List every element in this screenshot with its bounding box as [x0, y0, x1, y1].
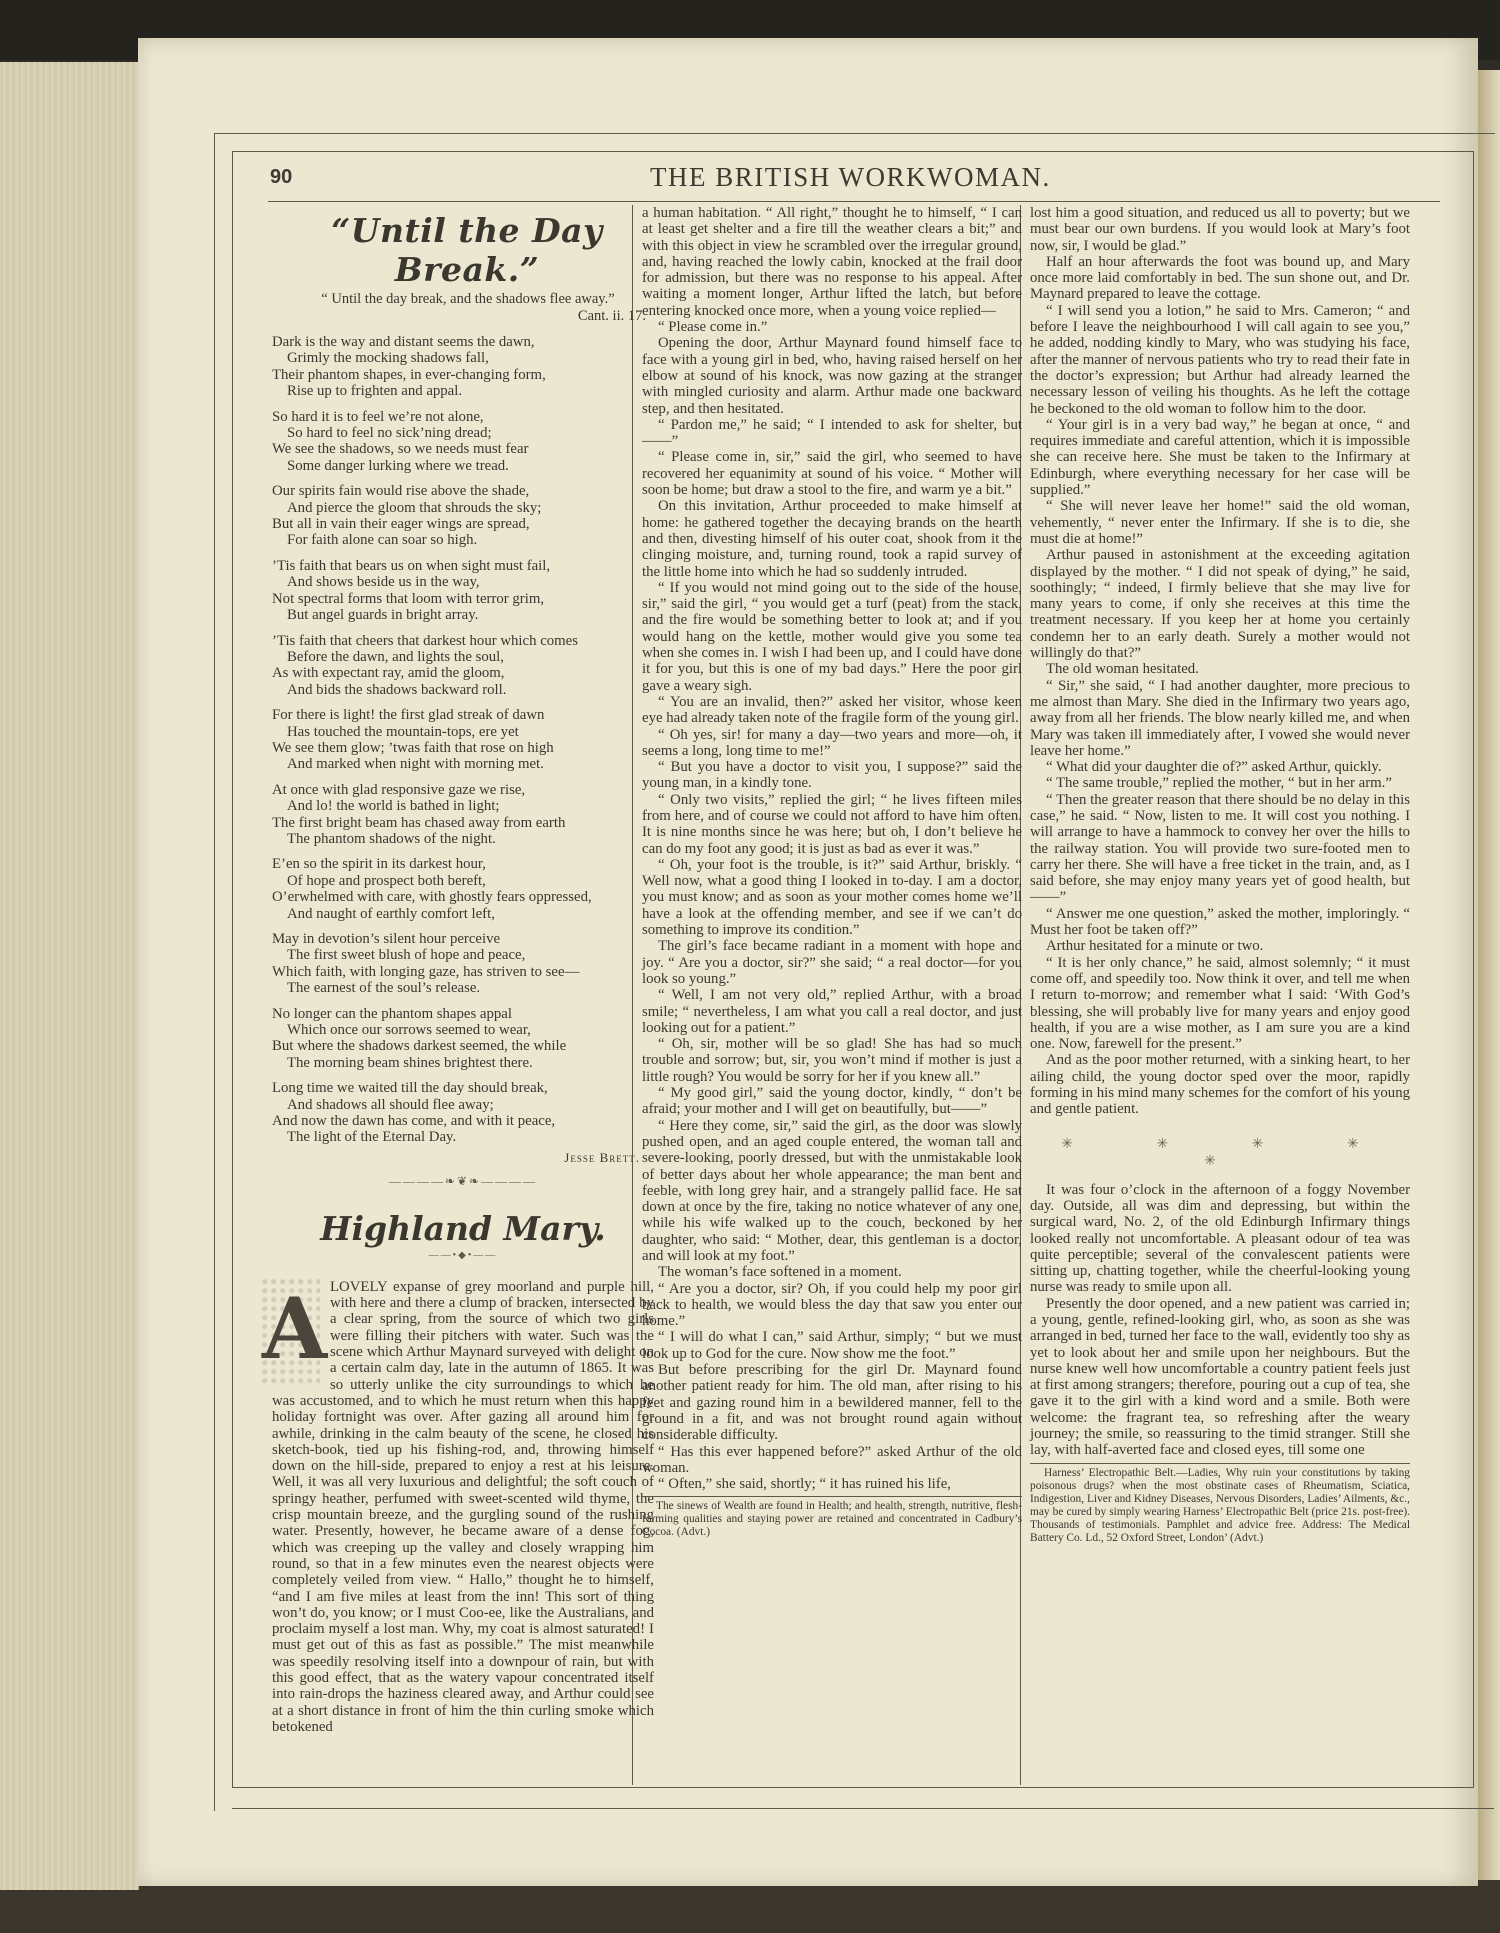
poem-line: So hard to feel no sick’ning dread; [272, 425, 654, 441]
running-title: THE BRITISH WORKWOMAN. [650, 162, 1051, 193]
poem-line: The light of the Eternal Day. [272, 1129, 654, 1145]
poem-line: May in devotion’s silent hour perceive [272, 931, 654, 947]
story-paragraph: “ She will never leave her home!” said t… [1030, 498, 1410, 547]
poem-line: No longer can the phantom shapes appal [272, 1006, 654, 1022]
poem-stanza: E’en so the spirit in its darkest hour,O… [272, 856, 654, 922]
poem-line: We see them glow; ’twas faith that rose … [272, 740, 654, 756]
poem-line: O’erwhelmed with care, with ghostly fear… [272, 889, 654, 905]
poem-stanza: So hard it is to feel we’re not alone,So… [272, 409, 654, 475]
page-number: 90 [270, 166, 292, 189]
poem-line: And now the dawn has come, and with it p… [272, 1113, 654, 1129]
poem-epigraph-reference: Cant. ii. 17. [272, 308, 646, 325]
poem-line: Dark is the way and distant seems the da… [272, 334, 654, 350]
poem-line: The earnest of the soul’s release. [272, 980, 654, 996]
story-paragraph: “ Here they come, sir,” said the girl, a… [642, 1118, 1022, 1265]
story-paragraph: “ Well, I am not very old,” replied Arth… [642, 987, 1022, 1036]
story-paragraph: Opening the door, Arthur Maynard found h… [642, 335, 1022, 416]
page-header: 90 THE BRITISH WORKWOMAN. [232, 160, 1482, 200]
story-paragraph: “ Are you a doctor, sir? Oh, if you coul… [642, 1281, 1022, 1330]
story-paragraph: “ What did your daughter die of?” asked … [1030, 759, 1410, 775]
poem-stanza: Long time we waited till the day should … [272, 1080, 654, 1146]
poem-line: At once with glad responsive gaze we ris… [272, 782, 654, 798]
story-paragraph: “ Oh, your foot is the trouble, is it?” … [642, 857, 1022, 938]
story-continued-right: lost him a good situation, and reduced u… [1030, 205, 1410, 1118]
poem-line: And naught of earthly comfort left, [272, 906, 654, 922]
story-paragraph: Half an hour afterwards the foot was bou… [1030, 254, 1410, 303]
poem-line: Of hope and prospect both bereft, [272, 873, 654, 889]
story-paragraph: Presently the door opened, and a new pat… [1030, 1296, 1410, 1459]
column-right: lost him a good situation, and reduced u… [1030, 205, 1410, 1545]
poem-line: E’en so the spirit in its darkest hour, [272, 856, 654, 872]
poem-line: And shadows all should flee away; [272, 1097, 654, 1113]
story-paragraph: Arthur hesitated for a minute or two. [1030, 938, 1410, 954]
poem-line: Which once our sorrows seemed to wear, [272, 1022, 654, 1038]
story-paragraph: “ Pardon me,” he said; “ I intended to a… [642, 417, 1022, 450]
bottom-border-rule [232, 1808, 1494, 1809]
poem-line: Long time we waited till the day should … [272, 1080, 654, 1096]
story-paragraph: “ I will send you a lotion,” he said to … [1030, 303, 1410, 417]
story-paragraph: “ Only two visits,” replied the girl; “ … [642, 792, 1022, 857]
story-paragraph: “ Answer me one question,” asked the mot… [1030, 906, 1410, 939]
story-paragraph: “ It is her only chance,” he said, almos… [1030, 955, 1410, 1053]
poem-stanza: May in devotion’s silent hour perceiveTh… [272, 931, 654, 997]
story-paragraph: “ Often,” she said, shortly; “ it has ru… [642, 1476, 1022, 1492]
story-paragraph: “ My good girl,” said the young doctor, … [642, 1085, 1022, 1118]
story-continued-after-break: It was four o’clock in the afternoon of … [1030, 1182, 1410, 1459]
poem-line: As with expectant ray, amid the gloom, [272, 665, 654, 681]
advert-rule [1030, 1463, 1410, 1464]
poem-line: Not spectral forms that loom with terror… [272, 591, 654, 607]
story-paragraph: lost him a good situation, and reduced u… [1030, 205, 1410, 254]
poem-line: Rise up to frighten and appal. [272, 383, 654, 399]
story-paragraph: And as the poor mother returned, with a … [1030, 1052, 1410, 1117]
poem-line: For faith alone can soar so high. [272, 532, 654, 548]
column-middle: a human habitation. “ All right,” though… [642, 205, 1022, 1539]
poem-line: Has touched the mountain-tops, ere yet [272, 724, 654, 740]
poem-line: ’Tis faith that bears us on when sight m… [272, 558, 654, 574]
story-paragraph: It was four o’clock in the afternoon of … [1030, 1182, 1410, 1296]
poem-stanza: For there is light! the first glad strea… [272, 707, 654, 773]
poem-stanza: At once with glad responsive gaze we ris… [272, 782, 654, 848]
advert-rule [642, 1496, 1022, 1497]
story-paragraph: But before prescribing for the girl Dr. … [642, 1362, 1022, 1443]
poem-line: And bids the shadows backward roll. [272, 682, 654, 698]
story-paragraph: The girl’s face became radiant in a mome… [642, 938, 1022, 987]
column-left: “Until the Day Break.” “ Until the day b… [272, 205, 654, 1735]
poem-stanza: ’Tis faith that bears us on when sight m… [272, 558, 654, 624]
story-paragraph: “ Please come in, sir,” said the girl, w… [642, 449, 1022, 498]
section-break-asterisks: ✳ ✳ ✳ ✳ ✳ [1050, 1136, 1410, 1170]
poem-line: We see the shadows, so we needs must fea… [272, 441, 654, 457]
story-paragraph: “ Oh yes, sir! for many a day—two years … [642, 727, 1022, 760]
story-paragraph: “ Then the greater reason that there sho… [1030, 792, 1410, 906]
decorated-initial-icon: A [262, 1279, 320, 1385]
poem-stanza: No longer can the phantom shapes appalWh… [272, 1006, 654, 1072]
story-paragraph: The woman’s face softened in a moment. [642, 1264, 1022, 1280]
story-paragraph: “ Sir,” she said, “ I had another daught… [1030, 678, 1410, 759]
poem-line: But all in vain their eager wings are sp… [272, 516, 654, 532]
story-opening: A LOVELY expanse of grey moorland and pu… [272, 1279, 654, 1735]
story-paragraph: Arthur paused in astonishment at the exc… [1030, 547, 1410, 661]
story-paragraph: “ But you have a doctor to visit you, I … [642, 759, 1022, 792]
advert-harness-belt: Harness’ Electropathic Belt.—Ladies, Why… [1030, 1467, 1410, 1545]
poem-line: And shows beside us in the way, [272, 574, 654, 590]
story-title-ornament: ——•◆•—— [272, 1250, 654, 1261]
poem-line: And pierce the gloom that shrouds the sk… [272, 500, 654, 516]
story-paragraph: “ Your girl is in a very bad way,” he be… [1030, 417, 1410, 498]
story-paragraph: “ Has this ever happened before?” asked … [642, 1444, 1022, 1477]
poem-line: Their phantom shapes, in ever-changing f… [272, 367, 654, 383]
header-rule [268, 201, 1440, 202]
story-paragraph: The old woman hesitated. [1030, 661, 1410, 677]
story-paragraph: “ Oh, sir, mother will be so glad! She h… [642, 1036, 1022, 1085]
poem-stanza: ’Tis faith that cheers that darkest hour… [272, 633, 654, 699]
ornament-divider: ————❧❦❧———— [272, 1174, 654, 1189]
poem-line: And lo! the world is bathed in light; [272, 798, 654, 814]
story-paragraph: LOVELY expanse of grey moorland and purp… [272, 1279, 654, 1735]
poem-line: So hard it is to feel we’re not alone, [272, 409, 654, 425]
poem-line: Before the dawn, and lights the soul, [272, 649, 654, 665]
poem-line: Which faith, with longing gaze, has stri… [272, 964, 654, 980]
story-paragraph: “ I will do what I can,” said Arthur, si… [642, 1329, 1022, 1362]
poem-line: And marked when night with morning met. [272, 756, 654, 772]
poem-epigraph: “ Until the day break, and the shadows f… [282, 291, 654, 308]
poem-line: Grimly the mocking shadows fall, [272, 350, 654, 366]
book-page-stack [0, 62, 139, 1890]
story-paragraph: a human habitation. “ All right,” though… [642, 205, 1022, 319]
story-continued-middle: a human habitation. “ All right,” though… [642, 205, 1022, 1492]
poem-stanza: Dark is the way and distant seems the da… [272, 334, 654, 400]
poem-line: The morning beam shines brightest there. [272, 1055, 654, 1071]
poem-line: Some danger lurking where we tread. [272, 458, 654, 474]
story-paragraph: “ Please come in.” [642, 319, 1022, 335]
poem-body: Dark is the way and distant seems the da… [272, 334, 654, 1146]
advert-cadbury: The sinews of Wealth are found in Health… [642, 1500, 1022, 1539]
story-title: Highland Mary. [272, 1209, 654, 1248]
poem-line: The phantom shadows of the night. [272, 831, 654, 847]
story-paragraph: “ The same trouble,” replied the mother,… [1030, 775, 1410, 791]
poem-line: The first sweet blush of hope and peace, [272, 947, 654, 963]
poem-line: Our spirits fain would rise above the sh… [272, 483, 654, 499]
poem-title: “Until the Day Break.” [280, 211, 654, 289]
poem-line: But angel guards in bright array. [272, 607, 654, 623]
poem-line: But where the shadows darkest seemed, th… [272, 1038, 654, 1054]
poem-line: For there is light! the first glad strea… [272, 707, 654, 723]
poem-line: ’Tis faith that cheers that darkest hour… [272, 633, 654, 649]
poem-line: The first bright beam has chased away fr… [272, 815, 654, 831]
story-paragraph: “ You are an invalid, then?” asked her v… [642, 694, 1022, 727]
background-desk-bottom [0, 1880, 1500, 1933]
poem-author: Jesse Brett. [272, 1150, 640, 1166]
story-paragraph: On this invitation, Arthur proceeded to … [642, 498, 1022, 579]
story-paragraph: “ If you would not mind going out to the… [642, 580, 1022, 694]
poem-stanza: Our spirits fain would rise above the sh… [272, 483, 654, 549]
